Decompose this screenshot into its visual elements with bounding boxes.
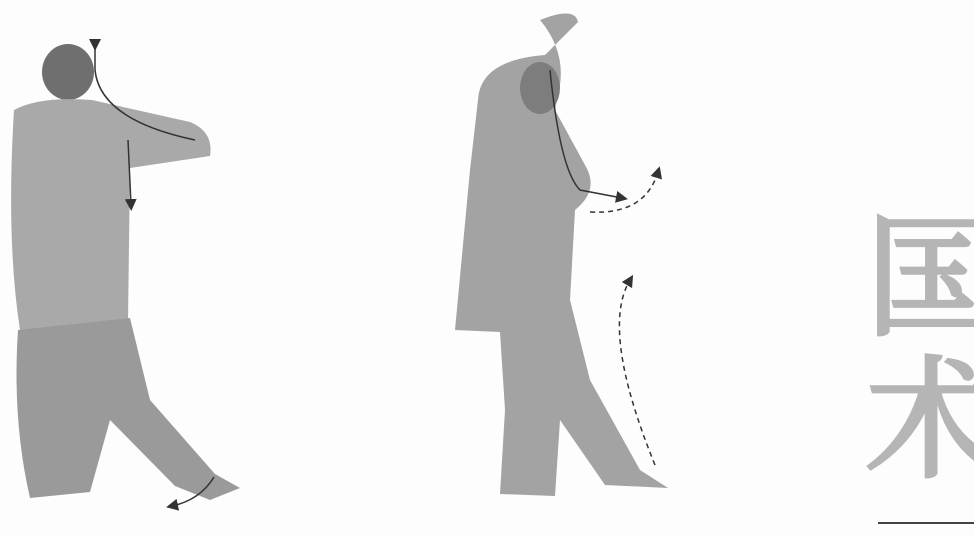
side-title: 国 术 <box>866 208 974 492</box>
figures-illustration <box>0 0 974 536</box>
book-page: 国 术 <box>0 0 974 536</box>
side-title-char-1: 国 <box>866 208 974 350</box>
figure-1 <box>11 44 240 506</box>
side-title-char-2: 术 <box>866 350 974 492</box>
divider-rule <box>878 522 974 524</box>
figure-2 <box>455 13 668 496</box>
